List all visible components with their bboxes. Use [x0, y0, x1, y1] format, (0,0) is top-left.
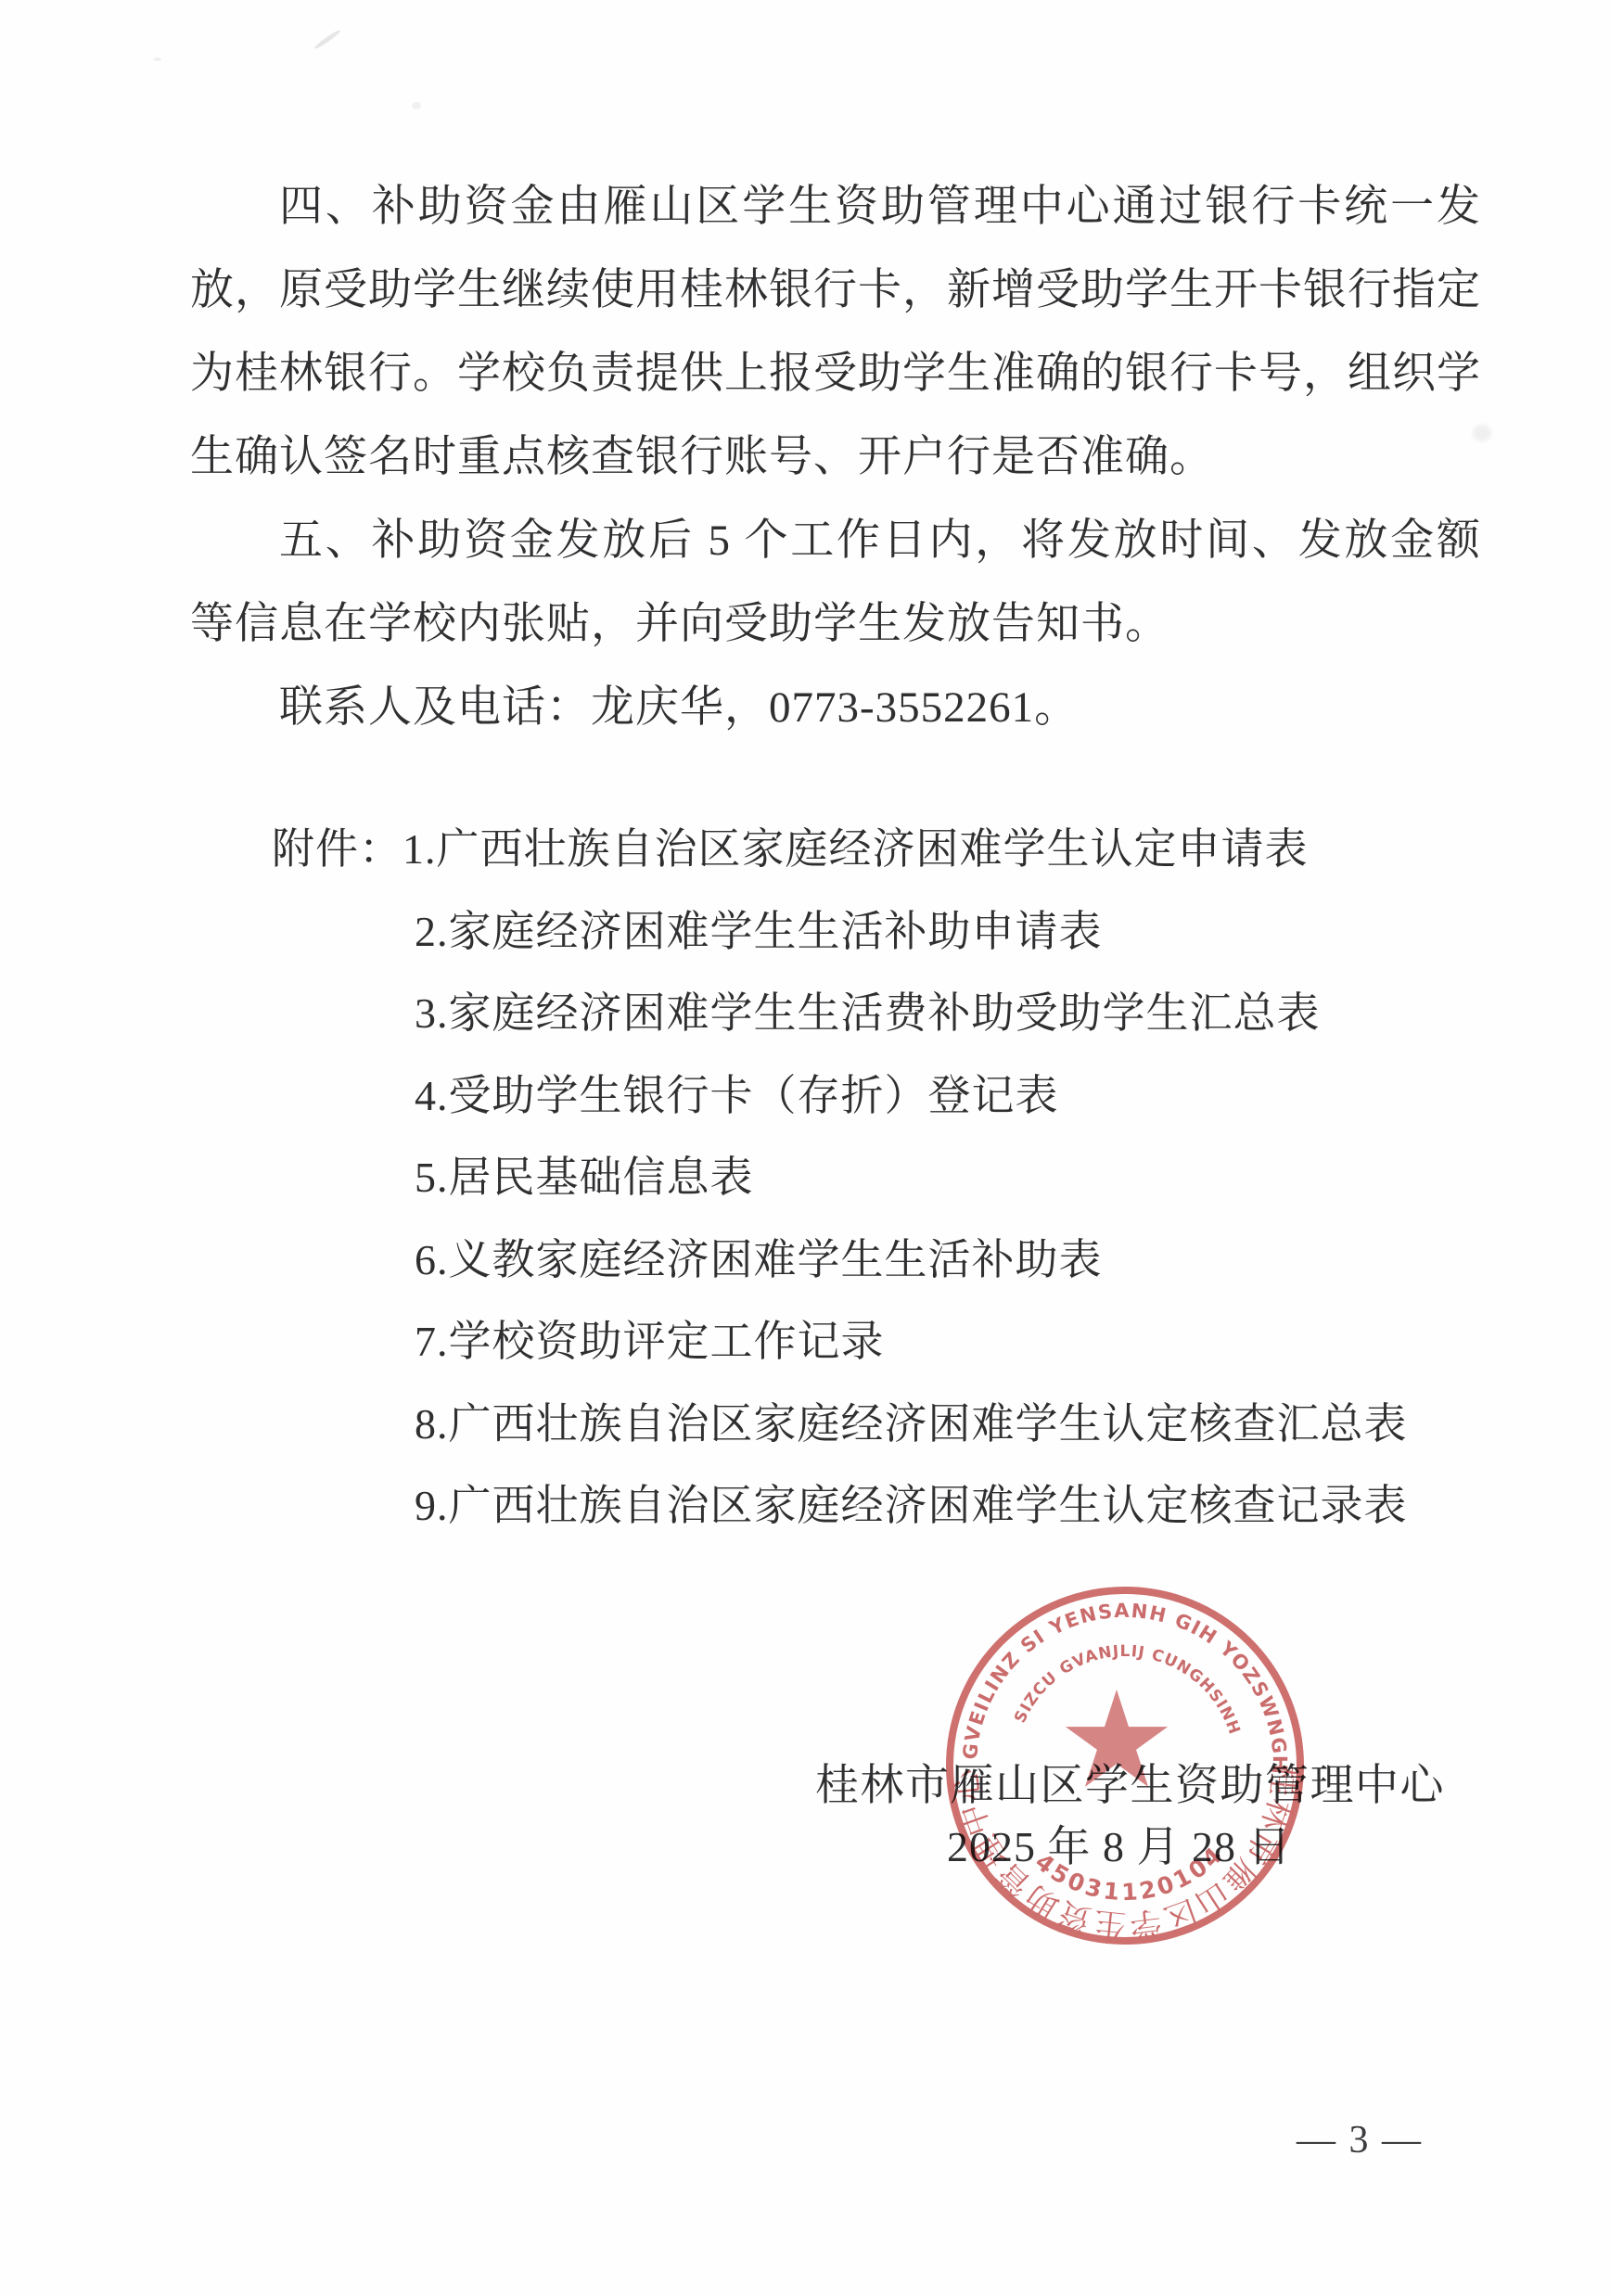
scan-artifact	[412, 102, 421, 109]
paragraph-line: 生确认签名时重点核查银行账号、开户行是否准确。	[190, 415, 1481, 499]
paragraph-line: 为桂林银行。学校负责提供上报受助学生准确的银行卡号，组织学	[190, 332, 1481, 415]
attachments-label: 附件：	[272, 825, 402, 873]
paragraph-line: 等信息在学校内张贴，并向受助学生发放告知书。	[190, 582, 1481, 666]
body-text: 四、补助资金由雁山区学生资助管理中心通过银行卡统一发 放，原受助学生继续使用桂林…	[190, 165, 1481, 749]
paragraph-line: 放，原受助学生继续使用桂林银行卡，新增受助学生开卡银行指定	[190, 249, 1481, 332]
attachment-list: 附件：1.广西壮族自治区家庭经济困难学生认定申请表 2.家庭经济困难学生生活补助…	[272, 809, 1440, 1548]
attachment-row: 附件：1.广西壮族自治区家庭经济困难学生认定申请表	[272, 809, 1440, 891]
attachment-item: 5.居民基础信息表	[272, 1137, 1440, 1219]
document-page: 四、补助资金由雁山区学生资助管理中心通过银行卡统一发 放，原受助学生继续使用桂林…	[0, 0, 1610, 2296]
attachment-item: 9.广西壮族自治区家庭经济困难学生认定核查记录表	[272, 1465, 1440, 1548]
paragraph-line: 四、补助资金由雁山区学生资助管理中心通过银行卡统一发	[190, 165, 1481, 249]
attachment-item: 2.家庭经济困难学生生活补助申请表	[272, 891, 1440, 974]
page-number: — 3 —	[1297, 2118, 1423, 2162]
paragraph-line: 五、补助资金发放后 5 个工作日内，将发放时间、发放金额	[190, 499, 1481, 582]
seal-ring-cn-text: 桂林市雁山区学生资助管理中心	[949, 1763, 1302, 1943]
attachment-item: 6.义教家庭经济困难学生生活补助表	[272, 1219, 1440, 1302]
star-icon	[1066, 1690, 1168, 1787]
attachment-item: 4.受助学生银行卡（存折）登记表	[272, 1055, 1440, 1138]
attachment-item: 1.广西壮族自治区家庭经济困难学生认定申请表	[402, 825, 1309, 873]
svg-text:桂林市雁山区学生资助管理中心: 桂林市雁山区学生资助管理中心	[949, 1763, 1302, 1943]
contact-line: 联系人及电话：龙庆华，0773-3552261。	[190, 666, 1481, 749]
official-seal-stamp: GVEILINZ SI YENSANH GIH YOZSWNGH 桂林市雁山区学…	[944, 1582, 1310, 1957]
attachment-item: 3.家庭经济困难学生生活费补助受助学生汇总表	[272, 973, 1440, 1055]
scan-artifact	[313, 29, 342, 51]
attachment-item: 7.学校资助评定工作记录	[272, 1301, 1440, 1384]
attachment-item: 8.广西壮族自治区家庭经济困难学生认定核查汇总表	[272, 1384, 1440, 1466]
scan-artifact	[153, 57, 161, 61]
